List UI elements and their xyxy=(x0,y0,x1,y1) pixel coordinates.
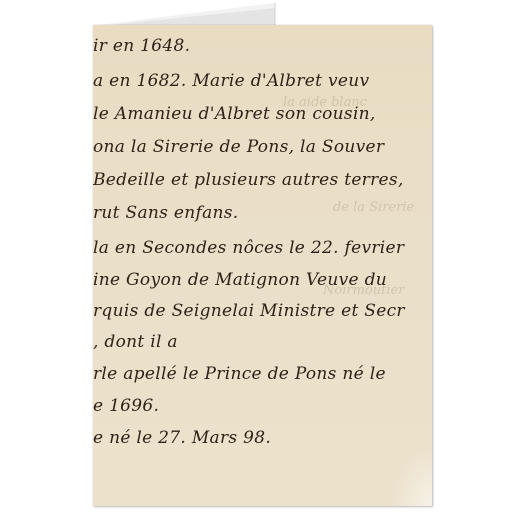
manuscript-line: la en Secondes nôces le 22. fevrier xyxy=(93,238,404,258)
manuscript-line: , dont il a xyxy=(93,332,178,352)
manuscript-line: ona la Sirerie de Pons, la Souver xyxy=(93,137,384,157)
bleed-through-text: de la Sirerie xyxy=(333,200,414,215)
manuscript-line: ine Goyon de Matignon Veuve du xyxy=(93,270,387,290)
manuscript-line: ir en 1648. xyxy=(93,36,190,56)
manuscript-line: a en 1682. Marie d'Albret veuv xyxy=(93,71,369,91)
manuscript-line: Bedeille et plusieurs autres terres, xyxy=(93,170,404,190)
manuscript-line: le Amanieu d'Albret son cousin, xyxy=(93,104,376,124)
manuscript-line: e né le 27. Mars 98. xyxy=(93,428,271,448)
manuscript-line: rquis de Seignelai Ministre et Secr xyxy=(93,301,405,321)
greeting-card-front: la aide blanc de la Sirerie Noirmoutier … xyxy=(93,25,432,506)
manuscript-line: rle apellé le Prince de Pons né le xyxy=(93,364,386,384)
manuscript-line: e 1696. xyxy=(93,396,159,416)
manuscript-line: rut Sans enfans. xyxy=(93,203,238,223)
